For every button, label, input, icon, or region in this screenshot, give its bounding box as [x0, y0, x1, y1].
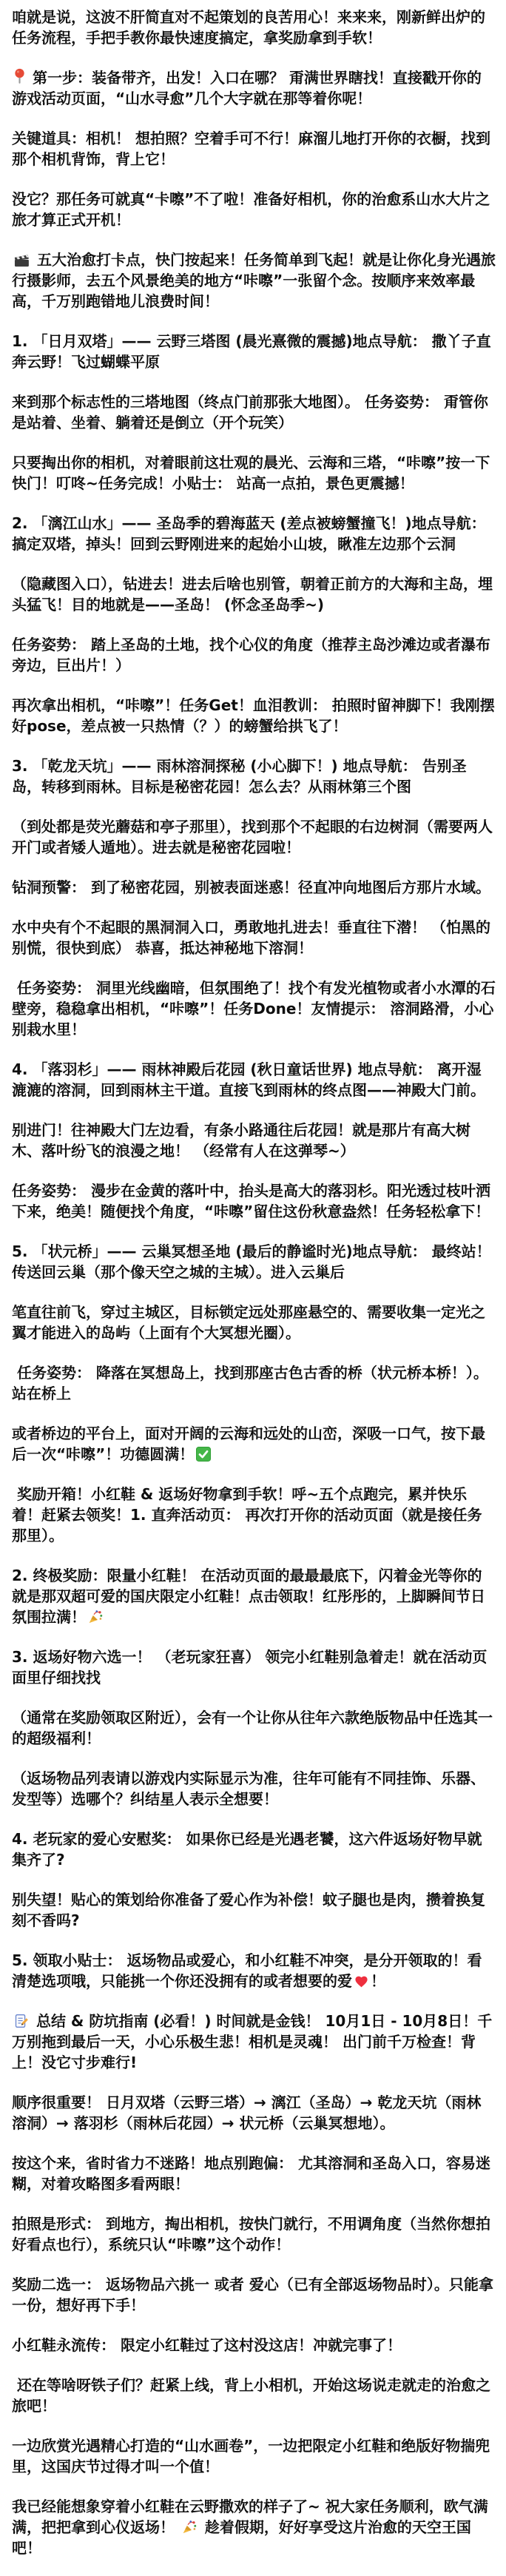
paragraph-route-order: 顺序很重要！ 日月双塔（云野三塔）→ 漓江（圣岛）→ 乾龙天坑（雨林溶洞）→ 落…	[12, 2092, 496, 2133]
paragraph-spot3-title: 3. 「乾龙天坑」—— 雨林溶洞探秘 (小心脚下！) 地点导航： 告别圣岛，转移…	[12, 756, 496, 797]
paragraph-veteran-love: 别失望！贴心的策划给你准备了爱心作为补偿！蚊子腿也是肉，攒着换复刻不香吗?	[12, 1889, 496, 1931]
paragraph-shoes-forever: 小红鞋永流传： 限定小红鞋过了这村没这店！冲就完事了！	[12, 2335, 496, 2355]
paragraph-spot4-title: 4. 「落羽杉」—— 雨林神殿后花园 (秋日童话世界) 地点导航： 离开湿漉漉的…	[12, 1059, 496, 1100]
text-run: 咱就是说，这波不肝简直对不起策划的良苦用心！来来来，刚新鲜出炉的任务流程，手把手…	[12, 8, 485, 47]
paragraph-reward-choice: 奖励二选一： 返场物品六挑一 或者 爱心（已有全部返场物品时）。只能拿一份，想好…	[12, 2274, 496, 2316]
check-icon	[196, 1447, 211, 1462]
text-run: 任务姿势： 踏上圣岛的土地，找个心仪的角度（推荐主岛沙滩边或者瀑布旁边，巨出片！…	[12, 636, 490, 674]
paragraph-claim-tips: 5. 领取小贴士： 返场物品或爱心，和小红鞋不冲突，是分开领取的！看清楚选项哦，…	[12, 1950, 496, 1991]
paragraph-spot1-title: 1. 「日月双塔」—— 云野三塔图 (晨光熹微的震撼)地点导航： 撒丫子直奔云野…	[12, 331, 496, 372]
text-run: 小红鞋永流传： 限定小红鞋过了这村没这店！冲就完事了！	[12, 2336, 402, 2354]
text-run: 或者桥边的平台上，面对开阔的云海和远处的山峦，深吸一口气，按下最后一次“咔嚓”！…	[12, 1425, 485, 1463]
text-run: 2. 「漓江山水」—— 圣岛季的碧海蓝天 (差点被螃蟹撞飞！)地点导航： 搞定双…	[12, 514, 491, 553]
paragraph-summary: 总结 & 防坑指南 (必看！) 时间就是金钱！ 10月1日 - 10月8日！千万…	[12, 2011, 496, 2073]
paragraph-reward-benefit: （通常在奖励领取区附近），会有一个让你从往年六款绝版物品中任选其一的超级福利！	[12, 1707, 496, 1749]
paragraph-key-item: 关键道具：相机！ 想拍照？空着手可不行！麻溜儿地打开你的衣橱，找到那个相机背饰，…	[12, 128, 496, 169]
paragraph-spot2-crab: 再次拿出相机，“咔嚓”！任务Get！血泪教训： 拍照时留神脚下！我刚摆好pose…	[12, 695, 496, 736]
paragraph-spot2-hidden: （隐藏图入口），钻进去！进去后啥也别管，朝着正前方的大海和主岛，埋头猛飞！目的地…	[12, 574, 496, 615]
text-run: 4. 老玩家的爱心安慰奖： 如果你已经是光遇老饕，这六件返场好物早就集齐了?	[12, 1830, 482, 1869]
paragraph-call-to-action: 还在等啥呀铁子们？赶紧上线，背上小相机，开始这场说走就走的治愈之旅吧！	[12, 2375, 496, 2416]
party-popper-icon	[182, 2520, 198, 2535]
text-run: 5. 「状元桥」—— 云巢冥想圣地 (最后的静谧时光)地点导航： 最终站！传送回…	[12, 1242, 491, 1281]
text-run: 4. 「落羽杉」—— 雨林神殿后花园 (秋日童话世界) 地点导航： 离开湿漉漉的…	[12, 1060, 485, 1099]
text-run: 五大治愈打卡点，快门按起来！任务简单到飞起！就是让你化身光遇旅行摄影师，去五个风…	[12, 251, 496, 310]
paragraph-spot3-pose: 任务姿势： 洞里光线幽暗，但氛围绝了！找个有发光植物或者小水潭的石壁旁，稳稳拿出…	[12, 978, 496, 1040]
clapperboard-icon	[14, 254, 30, 267]
text-run: 任务姿势： 降落在冥想岛上，找到那座古色古香的桥（状元桥本桥！）。站在桥上	[12, 1364, 488, 1402]
text-run: 别进门！往神殿大门左边看，有条小路通往后花园！就是那片有高大树木、落叶纷飞的浪漫…	[12, 1121, 470, 1160]
text-run: 3. 返场好物六选一！ （老玩家狂喜） 领完小红鞋别急着走！就在活动页面里仔细找…	[12, 1648, 487, 1686]
paragraph-spot4-pose: 任务姿势： 漫步在金黄的落叶中，抬头是高大的落羽杉。阳光透过枝叶洒下来，绝美！随…	[12, 1180, 496, 1222]
text-run: 笔直往前飞，穿过主城区，目标锁定远处那座悬空的、需要收集一定光之翼才能进入的岛屿…	[12, 1303, 485, 1342]
text-run: 关键道具：相机！ 想拍照？空着手可不行！麻溜儿地打开你的衣橱，找到那个相机背饰，…	[12, 130, 490, 168]
paragraph-spot2-title: 2. 「漓江山水」—— 圣岛季的碧海蓝天 (差点被螃蟹撞飞！)地点导航： 搞定双…	[12, 513, 496, 554]
text-run: 只要掏出你的相机，对着眼前这壮观的晨光、云海和三塔，“咔嚓”按一下快门！叮咚~任…	[12, 454, 490, 492]
paragraph-spot1-shoot: 只要掏出你的相机，对着眼前这壮观的晨光、云海和三塔，“咔嚓”按一下快门！叮咚~任…	[12, 452, 496, 494]
text-run: 别失望！贴心的策划给你准备了爱心作为补偿！蚊子腿也是肉，攒着换复刻不香吗?	[12, 1891, 485, 1929]
paragraph-reward-six: 3. 返场好物六选一！ （老玩家狂喜） 领完小红鞋别急着走！就在活动页面里仔细找…	[12, 1647, 496, 1688]
text-run: （隐藏图入口），钻进去！进去后啥也别管，朝着正前方的大海和主岛，埋头猛飞！目的地…	[12, 575, 493, 613]
paragraph-spot5-title: 5. 「状元桥」—— 云巢冥想圣地 (最后的静谧时光)地点导航： 最终站！传送回…	[12, 1241, 496, 1282]
paragraph-reward-open: 奖励开箱！小红鞋 & 返场好物拿到手软！呼~五个点跑完，累并快乐着！赶紧去领奖！…	[12, 1484, 496, 1546]
text-run: 总结 & 防坑指南 (必看！) 时间就是金钱！ 10月1日 - 10月8日！千万…	[12, 2012, 492, 2071]
text-run: 1. 「日月双塔」—— 云野三塔图 (晨光熹微的震撼)地点导航： 撒丫子直奔云野…	[12, 332, 491, 371]
text-run: （到处都是荧光蘑菇和亭子那里），找到那个不起眼的右边树洞（需要两人开门或者矮人遁…	[12, 818, 493, 856]
text-run: 拍照是形式： 到地方，掏出相机，按快门就行，不用调角度（当然你想拍好看点也行），…	[12, 2215, 490, 2253]
text-run: 奖励二选一： 返场物品六挑一 或者 爱心（已有全部返场物品时）。只能拿一份，想好…	[12, 2276, 493, 2314]
paragraph-reward-note: （返场物品列表请以游戏内实际显示为准，往年可能有不同挂饰、乐器、发型等）选哪个？…	[12, 1768, 496, 1809]
text-run: 再次拿出相机，“咔嚓”！任务Get！血泪教训： 拍照时留神脚下！我刚摆好pose…	[12, 696, 495, 735]
paragraph-closing: 我已经能想象穿着小红鞋在云野撒欢的样子了~ 祝大家任务顺利，欧气满满，把把拿到心…	[12, 2496, 496, 2558]
paragraph-spot3-dive: 水中央有个不起眼的黑洞洞入口，勇敢地扎进去！垂直往下潜！ （怕黑的别慌，很快到底…	[12, 917, 496, 958]
paragraph-spot5-fly: 笔直往前飞，穿过主城区，目标锁定远处那座悬空的、需要收集一定光之翼才能进入的岛屿…	[12, 1302, 496, 1343]
text-run: （通常在奖励领取区附近），会有一个让你从往年六款绝版物品中任选其一的超级福利！	[12, 1709, 493, 1747]
text-run: ！	[371, 1972, 385, 1990]
guide-article: 咱就是说，这波不肝简直对不起策划的良苦用心！来来来，刚新鲜出炉的任务流程，手把手…	[0, 0, 506, 2576]
text-run: 水中央有个不起眼的黑洞洞入口，勇敢地扎进去！垂直往下潜！ （怕黑的别慌，很快到底…	[12, 918, 490, 957]
paragraph-spot2-pose: 任务姿势： 踏上圣岛的土地，找个心仪的角度（推荐主岛沙滩边或者瀑布旁边，巨出片！…	[12, 634, 496, 676]
memo-icon	[14, 2014, 29, 2028]
text-run: 一边欣赏光遇精心打造的“山水画卷”，一边把限定小红鞋和绝版好物揣兜里，这国庆节过…	[12, 2437, 490, 2475]
paragraph-photo-form: 拍照是形式： 到地方，掏出相机，按快门就行，不用调角度（当然你想拍好看点也行），…	[12, 2213, 496, 2255]
text-run: 没它？那任务可就真“卡嚓”不了啦！准备好相机，你的治愈系山水大片之旅才算正式开机…	[12, 190, 490, 229]
heart-icon	[354, 1975, 368, 1988]
pin-icon	[14, 68, 25, 85]
paragraph-veteran-prize: 4. 老玩家的爱心安慰奖： 如果你已经是光遇老饕，这六件返场好物早就集齐了?	[12, 1829, 496, 1870]
article-body: 咱就是说，这波不肝简直对不起策划的良苦用心！来来来，刚新鲜出炉的任务流程，手把手…	[12, 7, 496, 2558]
paragraph-step-one: 第一步：装备带齐，出发！入口在哪？ 甭满世界瞎找！直接戳开你的游戏活动页面，“山…	[12, 67, 496, 109]
paragraph-reward-shoes: 2. 终极奖励：限量小红鞋！ 在活动页面的最最最底下，闪着金光等你的就是那双超可…	[12, 1565, 496, 1627]
paragraph-spot5-final: 或者桥边的平台上，面对开阔的云海和远处的山峦，深吸一口气，按下最后一次“咔嚓”！…	[12, 1423, 496, 1464]
paragraph-follow-route: 按这个来，省时省力不迷路！地点别跑偏： 尤其溶洞和圣岛入口，容易迷糊，对着攻略图…	[12, 2153, 496, 2194]
paragraph-spot3-warning: 钻洞预警： 到了秘密花园，别被表面迷惑！径直冲向地图后方那片水域。	[12, 877, 496, 898]
text-run: 按这个来，省时省力不迷路！地点别跑偏： 尤其溶洞和圣岛入口，容易迷糊，对着攻略图…	[12, 2154, 490, 2193]
text-run: 第一步：装备带齐，出发！入口在哪？ 甭满世界瞎找！直接戳开你的游戏活动页面，“山…	[12, 69, 482, 107]
text-run: 2. 终极奖励：限量小红鞋！ 在活动页面的最最最底下，闪着金光等你的就是那双超可…	[12, 1567, 485, 1626]
text-run: 5. 领取小贴士： 返场物品或爱心，和小红鞋不冲突，是分开领取的！看清楚选项哦，…	[12, 1951, 482, 1990]
text-run: 钻洞预警： 到了秘密花园，别被表面迷惑！径直冲向地图后方那片水域。	[12, 878, 490, 896]
text-run: 还在等啥呀铁子们？赶紧上线，背上小相机，开始这场说走就走的治愈之旅吧！	[12, 2376, 490, 2415]
paragraph-spot1-map: 来到那个标志性的三塔地图（终点门前那张大地图）。 任务姿势： 甭管你是站着、坐着…	[12, 391, 496, 433]
text-run: 奖励开箱！小红鞋 & 返场好物拿到手软！呼~五个点跑完，累并快乐着！赶紧去领奖！…	[12, 1485, 482, 1544]
party-popper-icon	[88, 1610, 104, 1624]
paragraph-spot5-pose: 任务姿势： 降落在冥想岛上，找到那座古色古香的桥（状元桥本桥！）。站在桥上	[12, 1362, 496, 1404]
text-run: （返场物品列表请以游戏内实际显示为准，往年可能有不同挂饰、乐器、发型等）选哪个？…	[12, 1769, 485, 1808]
text-run: 任务姿势： 漫步在金黄的落叶中，抬头是高大的落羽杉。阳光透过枝叶洒下来，绝美！随…	[12, 1182, 490, 1220]
text-run: 顺序很重要！ 日月双塔（云野三塔）→ 漓江（圣岛）→ 乾龙天坑（雨林溶洞）→ 落…	[12, 2094, 481, 2132]
paragraph-intro: 咱就是说，这波不肝简直对不起策划的良苦用心！来来来，刚新鲜出炉的任务流程，手把手…	[12, 7, 496, 48]
paragraph-no-camera: 没它？那任务可就真“卡嚓”不了啦！准备好相机，你的治愈系山水大片之旅才算正式开机…	[12, 189, 496, 230]
paragraph-five-spots: 五大治愈打卡点，快门按起来！任务简单到飞起！就是让你化身光遇旅行摄影师，去五个风…	[12, 249, 496, 312]
paragraph-enjoy: 一边欣赏光遇精心打造的“山水画卷”，一边把限定小红鞋和绝版好物揣兜里，这国庆节过…	[12, 2435, 496, 2477]
text-run: 任务姿势： 洞里光线幽暗，但氛围绝了！找个有发光植物或者小水潭的石壁旁，稳稳拿出…	[12, 979, 496, 1038]
paragraph-spot3-treehole: （到处都是荧光蘑菇和亭子那里），找到那个不起眼的右边树洞（需要两人开门或者矮人遁…	[12, 816, 496, 858]
text-run: 3. 「乾龙天坑」—— 雨林溶洞探秘 (小心脚下！) 地点导航： 告别圣岛，转移…	[12, 757, 467, 796]
paragraph-spot4-path: 别进门！往神殿大门左边看，有条小路通往后花园！就是那片有高大树木、落叶纷飞的浪漫…	[12, 1120, 496, 1161]
text-run: 来到那个标志性的三塔地图（终点门前那张大地图）。 任务姿势： 甭管你是站着、坐着…	[12, 393, 488, 431]
